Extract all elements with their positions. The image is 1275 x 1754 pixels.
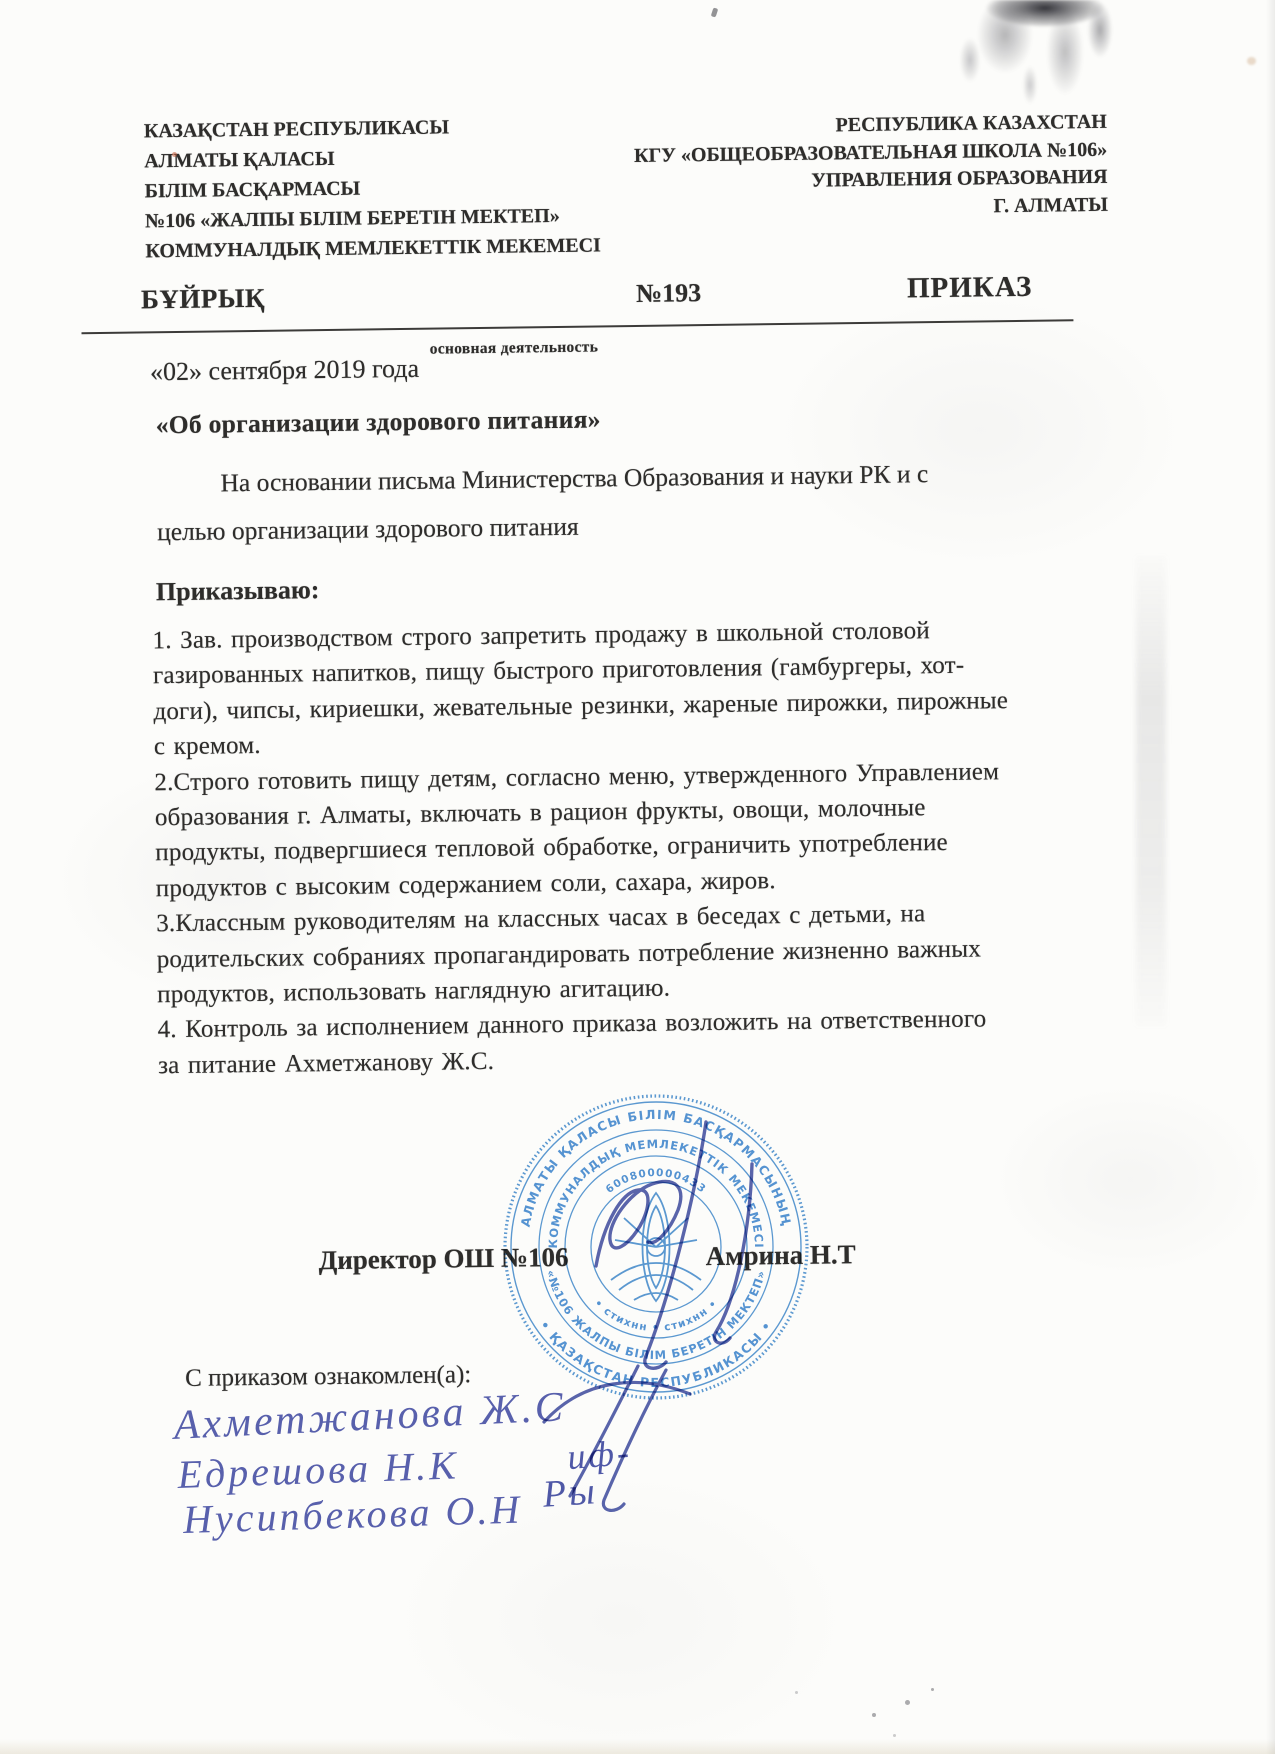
letterhead-russian: РЕСПУБЛИКА КАЗАХСТАНКГУ «ОБЩЕОБРАЗОВАТЕЛ… xyxy=(633,109,1108,225)
letterhead-line: КОММУНАЛДЫҚ МЕМЛЕКЕТТІК МЕКЕМЕСІ xyxy=(145,230,601,266)
order-items: 1. Зав. производством строго запретить п… xyxy=(152,612,1013,1083)
scan-speck xyxy=(872,1713,876,1717)
letterhead-line: Г. АЛМАТЫ xyxy=(635,191,1109,225)
order-subtitle: основная деятельность xyxy=(430,338,599,358)
scan-speck xyxy=(1247,57,1256,65)
handwritten-signature-name: Нусипбекова О.Н xyxy=(182,1486,523,1543)
intro-line: На основании письма Министерства Образов… xyxy=(156,450,928,508)
order-number: №193 xyxy=(636,278,702,309)
order-date: «02» сентября 2019 года xyxy=(150,354,419,388)
scan-speck xyxy=(172,152,177,157)
scan-speck xyxy=(795,1691,798,1694)
resolve-word: Приказываю: xyxy=(156,575,320,607)
scan-speck xyxy=(931,1688,934,1691)
pen-flourish xyxy=(520,1360,720,1520)
letterhead-kazakh: КАЗАҚСТАН РЕСПУБЛИКАСЫАЛМАТЫ ҚАЛАСЫБІЛІМ… xyxy=(144,110,601,266)
scanned-order-document: КАЗАҚСТАН РЕСПУБЛИКАСЫАЛМАТЫ ҚАЛАСЫБІЛІМ… xyxy=(0,0,1275,1754)
scan-speck xyxy=(893,1734,896,1737)
order-intro: На основании письма Министерства Образов… xyxy=(156,450,929,556)
scan-speck xyxy=(905,1700,910,1705)
divider-line xyxy=(81,319,1073,334)
order-word-kazakh: БҰЙРЫҚ xyxy=(141,283,265,316)
order-title: «Об организации здорового питания» xyxy=(156,404,601,440)
intro-line: целью организации здорового питания xyxy=(157,498,929,556)
order-word-russian: ПРИКАЗ xyxy=(907,271,1033,306)
acknowledgement-label: С приказом ознакомлен(а): xyxy=(185,1361,471,1393)
